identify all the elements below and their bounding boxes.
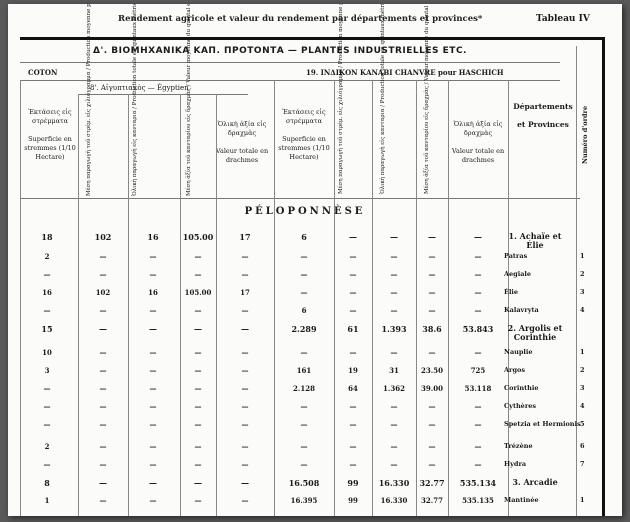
table-cell: 535.135	[448, 496, 508, 505]
document-page: Rendement agricole et valeur du rendemen…	[8, 4, 622, 516]
table-cell: 2	[22, 442, 72, 451]
divider	[20, 80, 560, 81]
province-name: Spetzia et Hermionis	[504, 420, 581, 428]
table-row: ——————————Hydra7	[20, 460, 602, 474]
province-name: Hydra	[504, 460, 526, 468]
table-cell: —	[416, 460, 448, 469]
table-cell: 102	[78, 288, 128, 297]
order-number: 4	[580, 402, 585, 410]
table-cell: 16	[128, 232, 178, 242]
province-name: Patras	[504, 252, 527, 260]
table-cell: —	[216, 442, 274, 451]
table-cell: 32.77	[416, 478, 448, 488]
order-number: 3	[580, 384, 585, 392]
table-cell: 99	[334, 478, 372, 488]
table-cell: —	[416, 402, 448, 411]
table-cell: —	[78, 402, 128, 411]
table-cell: —	[334, 232, 372, 242]
table-cell: —	[334, 252, 372, 261]
table-row: 1610216105.0017—————Élie3	[20, 288, 602, 302]
province-name: Aegiale	[504, 270, 531, 278]
table-cell: —	[128, 442, 178, 451]
table-row: 1810216105.00176————1. Achaïe et Élie	[20, 232, 602, 246]
order-number: 1	[580, 496, 585, 504]
col-provinces-label: et Provinces	[517, 120, 569, 129]
table-cell: —	[78, 442, 128, 451]
province-name: Mantinée	[504, 496, 539, 504]
table-cell: —	[78, 306, 128, 315]
table-cell: —	[22, 384, 72, 393]
table-cell: —	[274, 288, 334, 297]
table-cell: —	[448, 348, 508, 357]
section-coton: COTON	[28, 68, 57, 77]
table-cell: —	[448, 402, 508, 411]
table-cell: 19	[334, 366, 372, 375]
order-number: 3	[580, 288, 585, 296]
table-cell: —	[180, 324, 216, 334]
table-cell: 53.843	[448, 324, 508, 334]
table-cell: —	[22, 306, 72, 315]
col-area-2: Ἐκτάσεις εἰς στρέμματαSuperficie en stre…	[275, 108, 333, 162]
col-area-gr: Ἐκτάσεις εἰς στρέμματα	[28, 108, 71, 125]
table-cell: 10	[22, 348, 72, 357]
table-cell: —	[78, 460, 128, 469]
table-cell: —	[334, 270, 372, 279]
table-cell: 16.330	[372, 496, 416, 505]
table-cell: —	[180, 442, 216, 451]
order-number: 2	[580, 366, 585, 374]
table-row: 15————2.289611.39338.653.8432. Argolis e…	[20, 324, 602, 338]
table-cell: 53.118	[448, 384, 508, 393]
col-prod-avg: Μέση παραγωγὴ τοῦ στρέμ. εἰς χιλιόγραμμα…	[86, 96, 93, 196]
col-value-total: Ὁλικὴ ἀξία εἰς δραχμὰςValeur totale en d…	[212, 120, 272, 165]
table-cell: 23.50	[416, 366, 448, 375]
col-area-gr-2: Ἐκτάσεις εἰς στρέμματα	[282, 108, 325, 125]
department-name: 2. Argolis et Corinthie	[500, 324, 570, 342]
table-cell: —	[274, 402, 334, 411]
table-cell: 2	[22, 252, 72, 261]
table-cell: 3	[22, 366, 72, 375]
province-name: Argos	[504, 366, 525, 374]
table-cell: 15	[22, 324, 72, 334]
table-cell: —	[78, 270, 128, 279]
table-cell: 535.134	[448, 478, 508, 488]
table-cell: —	[416, 420, 448, 429]
col-value-total-2: Ὁλικὴ ἀξία εἰς δραχμὰςValeur totale en d…	[450, 120, 506, 165]
table-cell: 105.00	[180, 288, 216, 297]
col-value-avg: Μέση ἀξία τοῦ κανταρίου εἰς δραχμὰς / Va…	[186, 96, 193, 196]
table-cell: 64	[334, 384, 372, 393]
table-cell: —	[274, 270, 334, 279]
table-cell: —	[334, 348, 372, 357]
table-cell: 102	[78, 232, 128, 242]
col-value-total-gr: Ὁλικὴ ἀξία εἰς δραχμὰς	[218, 120, 267, 137]
table-cell: 161	[274, 366, 334, 375]
table-cell: —	[216, 402, 274, 411]
table-cell: —	[416, 348, 448, 357]
table-cell: —	[448, 252, 508, 261]
table-cell: —	[78, 384, 128, 393]
table-cell: —	[216, 348, 274, 357]
table-cell: —	[78, 496, 128, 505]
table-cell: —	[448, 232, 508, 242]
col-area-fr-2: Superficie en stremmes (1/10 Hectare)	[278, 135, 330, 161]
order-number: 4	[580, 306, 585, 314]
table-cell: 16.508	[274, 478, 334, 488]
col-prod-total-2: Ὁλικὴ παραγωγὴ εἰς κανταρια / Production…	[380, 90, 387, 194]
table-cell: 99	[334, 496, 372, 505]
table-cell: —	[128, 496, 178, 505]
table-cell: —	[216, 252, 274, 261]
table-row: —————6————Kalavryta4	[20, 306, 602, 320]
table-cell: —	[274, 460, 334, 469]
region-heading: PÉLOPONNÈSE	[20, 206, 590, 217]
table-cell: —	[372, 402, 416, 411]
table-cell: —	[372, 348, 416, 357]
table-cell: 6	[274, 306, 334, 315]
table-cell: —	[416, 252, 448, 261]
table-cell: —	[274, 252, 334, 261]
table-cell: 16.330	[372, 478, 416, 488]
table-cell: —	[128, 402, 178, 411]
col-prod-total: Ὁλικὴ παραγωγὴ εἰς κανταρια / Production…	[132, 96, 139, 196]
table-cell: —	[22, 460, 72, 469]
table-cell: —	[334, 402, 372, 411]
table-cell: —	[448, 420, 508, 429]
table-cell: 1.362	[372, 384, 416, 393]
table-cell: —	[274, 348, 334, 357]
table-row: 3————161193123.50725Argos2	[20, 366, 602, 380]
section-chanvre: 19. ΙΝΔΙΚΟΝ ΚΑΝΑΒΙ CHANVRE pour HASCHICH	[306, 68, 504, 77]
table-cell: —	[128, 384, 178, 393]
table-cell: —	[180, 306, 216, 315]
table-cell: —	[180, 402, 216, 411]
table-row: ——————————Spetzia et Hermionis5	[20, 420, 602, 434]
table-row: 10—————————Nauplie1	[20, 348, 602, 362]
table-cell: —	[274, 420, 334, 429]
province-name: Corinthie	[504, 384, 538, 392]
col-numero: Numéro d'ordre	[582, 80, 589, 190]
table-row: ——————————Aegiale2	[20, 270, 602, 284]
table-cell: —	[372, 288, 416, 297]
table-cell: —	[448, 270, 508, 279]
table-cell: —	[334, 306, 372, 315]
table-frame: Δ'. ΒΙΟΜΗΧΑΝΙΚΑ ΚΑΠ. ΠΡΟΤΟΝΤΑ — PLANTES …	[20, 37, 605, 516]
col-value-total-fr-2: Valeur totale en drachmes	[452, 147, 504, 164]
order-number: 5	[580, 420, 585, 428]
header-bottom-line	[20, 198, 580, 199]
table-cell: —	[216, 270, 274, 279]
table-cell: 105.00	[180, 232, 216, 242]
table-cell: —	[372, 270, 416, 279]
table-cell: 17	[216, 232, 274, 242]
section-banner: Δ'. ΒΙΟΜΗΧΑΝΙΚΑ ΚΑΠ. ΠΡΟΤΟΝΤΑ — PLANTES …	[20, 46, 540, 56]
table-cell: —	[416, 288, 448, 297]
department-name: 1. Achaïe et Élie	[500, 232, 570, 250]
table-cell: 6	[274, 232, 334, 242]
table-cell: —	[448, 288, 508, 297]
table-cell: —	[78, 348, 128, 357]
table-cell: —	[128, 348, 178, 357]
table-cell: —	[416, 232, 448, 242]
col-departements-label: Départements	[513, 102, 572, 111]
table-cell: —	[334, 442, 372, 451]
table-cell: 32.77	[416, 496, 448, 505]
table-cell: —	[372, 252, 416, 261]
table-cell: —	[334, 288, 372, 297]
table-cell: 17	[216, 288, 274, 297]
table-number: Tableau IV	[536, 14, 590, 24]
table-cell: 18	[22, 232, 72, 242]
table-cell: —	[372, 442, 416, 451]
table-cell: —	[216, 478, 274, 488]
table-cell: —	[372, 420, 416, 429]
table-cell: —	[216, 460, 274, 469]
col-value-total-fr: Valeur totale en drachmes	[216, 147, 268, 164]
table-row: 8————16.5089916.33032.77535.1343. Arcadi…	[20, 478, 602, 492]
col-value-avg-2: Μέση ἀξία τοῦ κανταρίου εἰς δραχμὰς / Va…	[424, 90, 431, 194]
table-cell: 2.128	[274, 384, 334, 393]
table-cell: 61	[334, 324, 372, 334]
table-cell: —	[128, 270, 178, 279]
table-row: 2—————————Trézène6	[20, 442, 602, 456]
table-cell: —	[216, 420, 274, 429]
table-cell: —	[22, 420, 72, 429]
table-cell: 38.6	[416, 324, 448, 334]
table-cell: —	[416, 306, 448, 315]
col-area-fr: Superficie en stremmes (1/10 Hectare)	[24, 135, 76, 161]
province-name: Kalavryta	[504, 306, 539, 314]
table-cell: —	[216, 306, 274, 315]
order-number: 1	[580, 252, 585, 260]
department-name: 3. Arcadie	[500, 478, 570, 487]
table-cell: —	[372, 460, 416, 469]
table-cell: —	[416, 270, 448, 279]
table-cell: —	[216, 324, 274, 334]
table-cell: —	[180, 496, 216, 505]
table-cell: —	[78, 252, 128, 261]
table-cell: —	[78, 366, 128, 375]
table-cell: —	[448, 442, 508, 451]
table-cell: —	[180, 420, 216, 429]
table-cell: —	[180, 252, 216, 261]
table-cell: —	[180, 348, 216, 357]
table-row: —————2.128641.36239.0053.118Corinthie3	[20, 384, 602, 398]
table-cell: 39.00	[416, 384, 448, 393]
table-cell: —	[128, 324, 178, 334]
col-departements: Départementset Provinces	[510, 102, 576, 129]
order-number: 1	[580, 348, 585, 356]
table-cell: —	[22, 402, 72, 411]
table-cell: —	[416, 442, 448, 451]
table-cell: —	[334, 460, 372, 469]
order-number: 7	[580, 460, 585, 468]
table-row: ——————————Cythères4	[20, 402, 602, 416]
table-cell: —	[448, 460, 508, 469]
table-cell: —	[274, 442, 334, 451]
table-cell: 1.393	[372, 324, 416, 334]
table-cell: —	[180, 366, 216, 375]
col-area: Ἐκτάσεις εἰς στρέμματαSuperficie en stre…	[22, 108, 78, 162]
table-cell: —	[128, 252, 178, 261]
table-cell: —	[180, 384, 216, 393]
table-cell: —	[128, 478, 178, 488]
province-name: Nauplie	[504, 348, 533, 356]
table-cell: —	[78, 324, 128, 334]
table-cell: —	[180, 460, 216, 469]
province-name: Élie	[504, 288, 518, 296]
table-cell: —	[128, 366, 178, 375]
province-name: Cythères	[504, 402, 536, 410]
table-cell: —	[448, 306, 508, 315]
table-cell: —	[128, 460, 178, 469]
table-cell: —	[216, 366, 274, 375]
order-number: 6	[580, 442, 585, 450]
divider	[78, 94, 248, 95]
table-cell: 16.395	[274, 496, 334, 505]
col-prod-avg-2: Μέση παραγωγὴ τοῦ στρέμ. εἰς χιλιόγραμμα…	[338, 90, 345, 194]
table-cell: —	[334, 420, 372, 429]
table-cell: —	[22, 270, 72, 279]
table-cell: —	[216, 384, 274, 393]
section-egyptien: 8'. Αἰγυπτιακὸς — Égyptien	[90, 84, 189, 92]
table-cell: —	[128, 420, 178, 429]
table-cell: 725	[448, 366, 508, 375]
table-cell: —	[78, 478, 128, 488]
table-cell: —	[372, 232, 416, 242]
table-row: 1————16.3959916.33032.77535.135Mantinée1	[20, 496, 602, 510]
table-cell: —	[180, 478, 216, 488]
table-cell: 8	[22, 478, 72, 488]
col-value-total-gr-2: Ὁλικὴ ἀξία εἰς δραχμὰς	[454, 120, 503, 137]
table-cell: —	[216, 496, 274, 505]
table-cell: 16	[128, 288, 178, 297]
table-cell: —	[128, 306, 178, 315]
table-cell: 1	[22, 496, 72, 505]
table-cell: —	[372, 306, 416, 315]
order-number: 2	[580, 270, 585, 278]
table-cell: 31	[372, 366, 416, 375]
divider	[20, 62, 560, 63]
table-cell: —	[180, 270, 216, 279]
table-cell: —	[78, 420, 128, 429]
table-row: 2—————————Patras1	[20, 252, 602, 266]
table-cell: 2.289	[274, 324, 334, 334]
table-cell: 16	[22, 288, 72, 297]
province-name: Trézène	[504, 442, 533, 450]
